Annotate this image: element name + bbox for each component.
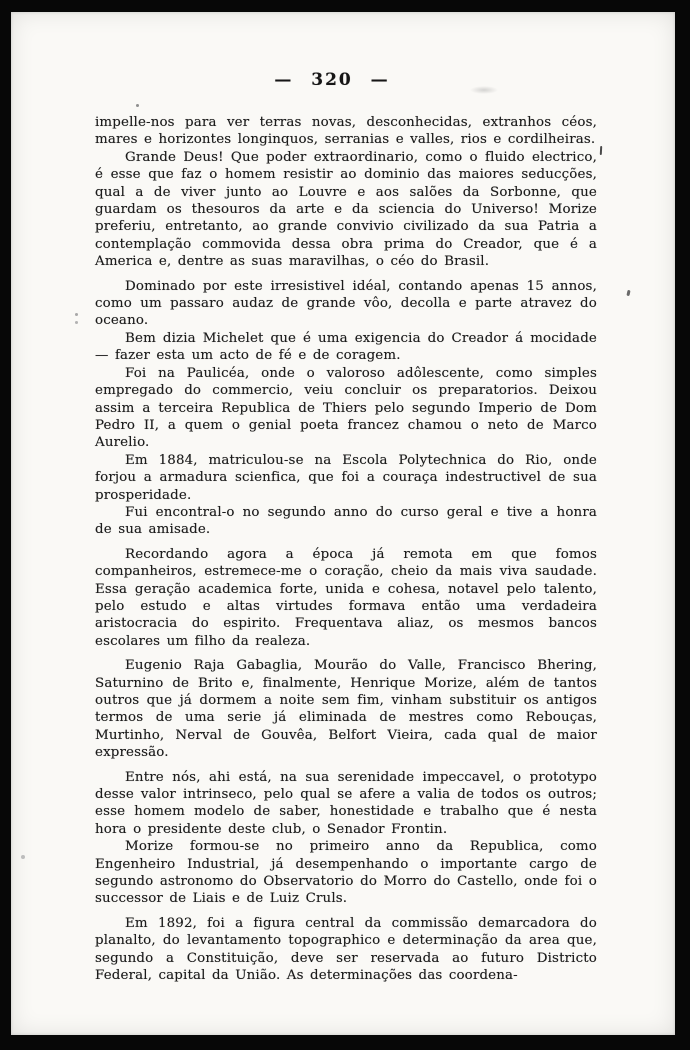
page-number: — 320 — [81, 70, 583, 90]
scan-artifact [600, 146, 602, 155]
paragraph-1: impelle-nos para ver terras novas, desco… [95, 114, 597, 149]
paragraph-8: Recordando agora a época já remota em qu… [95, 546, 597, 650]
paragraph-11: Morize formou-se no primeiro anno da Rep… [95, 838, 597, 908]
scan-artifact [75, 321, 78, 324]
text-column: — 320 — impelle-nos para ver terras nova… [95, 70, 597, 985]
paragraph-12: Em 1892, foi a figura central da commiss… [95, 915, 597, 985]
scan-black-border: — 320 — impelle-nos para ver terras nova… [0, 0, 690, 1050]
document-page: — 320 — impelle-nos para ver terras nova… [11, 12, 675, 1035]
paragraph-5: Foi na Paulicéa, onde o valoroso adôlesc… [95, 365, 597, 452]
scan-artifact [626, 290, 630, 296]
paragraph-2: Grande Deus! Que poder extraordinario, c… [95, 149, 597, 271]
paragraph-4: Bem dizia Michelet que é uma exigencia d… [95, 330, 597, 365]
paragraph-3: Dominado por este irresistivel idéal, co… [95, 278, 597, 330]
paragraph-6: Em 1884, matriculou-se na Escola Polytec… [95, 452, 597, 504]
scan-artifact [75, 313, 78, 316]
paragraph-9: Eugenio Raja Gabaglia, Mourão do Valle, … [95, 657, 597, 761]
paragraph-7: Fui encontral-o no segundo anno do curso… [95, 504, 597, 539]
paragraph-10: Entre nós, ahi está, na sua serenidade i… [95, 769, 597, 839]
scan-artifact [21, 855, 25, 859]
